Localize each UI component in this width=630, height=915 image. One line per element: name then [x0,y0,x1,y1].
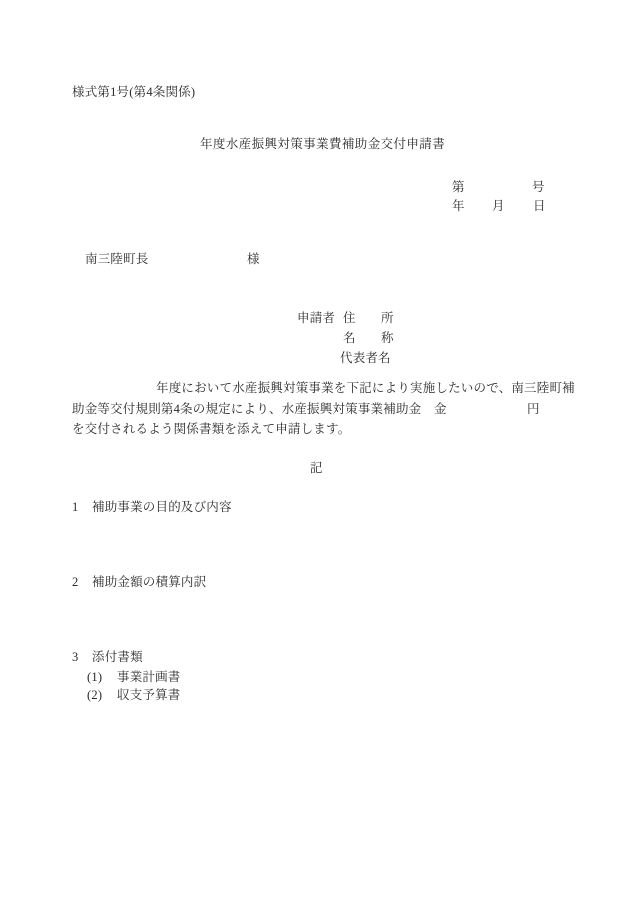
attachment-2-number: (2) [87,688,102,702]
body-line-3: を交付されるよう関係書類を添えて申請します。 [72,422,350,436]
item-2-label: 補助金額の積算内訳 [92,575,206,589]
applicant-representative-label: 代表者名 [340,351,391,365]
doc-number-suffix: 号 [532,180,545,194]
date-month-label: 月 [492,199,505,213]
item-3-number: 3 [72,650,78,664]
applicant-address-label-left: 住 [343,311,356,325]
attachment-1-number: (1) [87,670,102,684]
attachment-2-label: 収支予算書 [117,688,181,702]
document-page: 様式第1号(第4条関係) 年度水産振興対策事業費補助金交付申請書 第 号 年 月… [0,0,630,915]
body-line-2: 助金等交付規則第4条の規定により、水産振興対策事業補助金 金 [72,402,447,416]
applicant-address-label-right: 所 [381,311,394,325]
body-line-2-unit-yen: 円 [527,402,540,416]
attachment-1-label: 事業計画書 [117,670,181,684]
date-year-label: 年 [452,199,465,213]
item-1-number: 1 [72,500,78,514]
applicant-label: 申請者 [297,311,335,325]
addressee-name: 南三陸町長 [85,252,149,266]
item-1-label: 補助事業の目的及び内容 [92,500,232,514]
applicant-name-label-right: 称 [381,331,394,345]
form-number: 様式第1号(第4条関係) [72,85,195,99]
doc-number-prefix: 第 [452,180,465,194]
date-day-label: 日 [533,199,546,213]
record-marker: 記 [310,461,323,475]
document-title: 年度水産振興対策事業費補助金交付申請書 [200,137,445,151]
applicant-name-label-left: 名 [343,331,356,345]
body-line-1: 年度において水産振興対策事業を下記により実施したいので、南三陸町補 [156,381,575,395]
item-2-number: 2 [72,575,78,589]
addressee-honorific: 様 [247,252,260,266]
item-3-label: 添付書類 [92,650,143,664]
